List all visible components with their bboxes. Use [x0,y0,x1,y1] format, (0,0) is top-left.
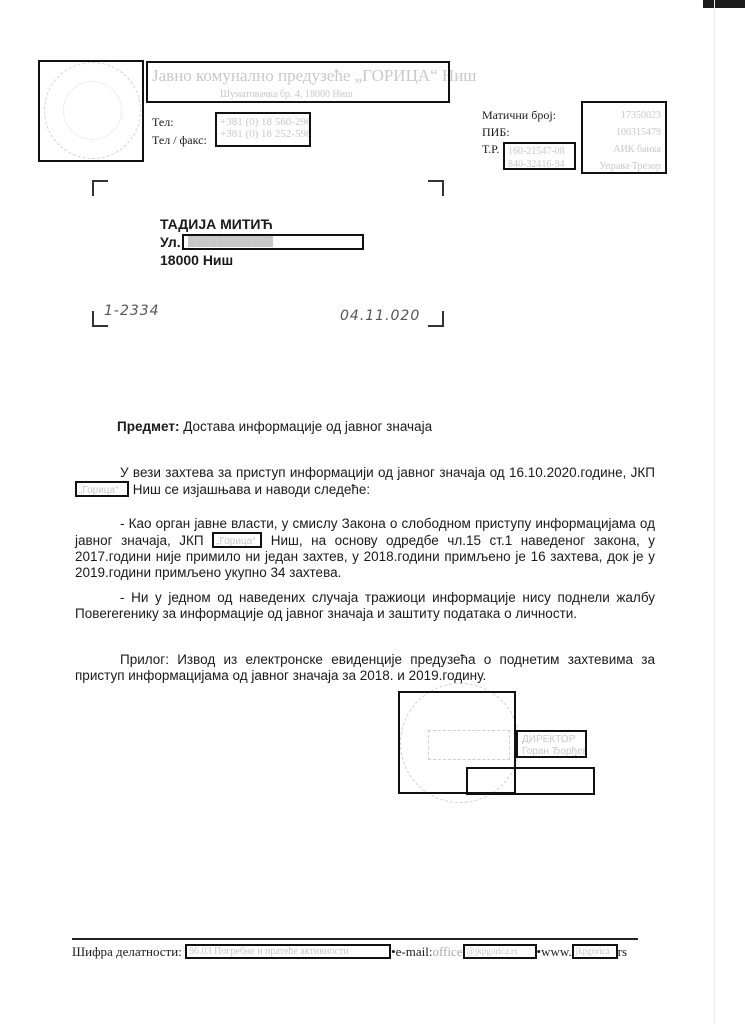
address-window-corner [428,180,444,196]
pib-value: 100315479 [587,124,661,141]
footer-divider [72,938,638,940]
street-label: Ул. [160,234,181,250]
signature-title: ДИРЕКТОР [522,734,581,746]
redaction-box-company [146,61,450,103]
signature-redaction: ДИРЕКТОР Горан Ђорђевић [516,730,587,758]
bank-value-2: Управа Трезор [587,158,661,174]
scan-line [714,0,715,1024]
street-value: ████████████ [188,236,273,247]
account-value-2: 840-32416-94 [508,158,571,170]
company-name-redaction: „Горица“ [75,481,129,497]
web-redaction: jkpgorica [572,944,618,959]
account-label: Т.Р. [482,142,499,157]
address-window-corner [428,311,444,327]
footer-line: Шифра делатности: 96.03 Погребне и прате… [72,944,627,960]
registry-redaction: 17350023 100315479 АИК банка Управа Трез… [581,101,667,174]
email-label: e-mail: [396,944,433,959]
p1-redacted-text: „Горица“ [79,485,118,496]
account-value-1: 160-21547-08 [508,145,571,158]
paragraph-complaints: - Ни у једном од наведених случаја тражи… [75,590,655,622]
email-prefix: office [432,944,462,959]
web-redacted: jkpgorica [576,946,610,956]
phone-label: Тел: [152,115,174,130]
subject-label: Предмет: [117,419,179,434]
p1-text-end: Ниш се изјашњава и наводи следеће: [133,482,370,497]
fax-label: Тел / факс: [152,133,207,148]
address-window-corner [92,180,108,196]
recipient-city: 18000 Ниш [160,251,273,269]
signature-name: Горан Ђорђевић [522,746,581,758]
p2-redacted-text: „Горица“ [216,536,255,547]
fax-value: +381 (0) 18 252-596 [220,128,306,140]
web-suffix: rs [618,944,627,959]
pib-label: ПИБ: [482,125,510,140]
subject-line: Предмет: Достава информације од јавног з… [117,419,432,435]
reference-date: 04.11.020 [340,308,420,324]
scan-edge-mark [703,0,745,8]
activity-redaction: 96.03 Погребне и пратеће активности [185,944,391,959]
registry-label: Матични број: [482,108,556,123]
phone-value: +381 (0) 18 560-296 [220,116,306,128]
stamp-inner-box [428,730,510,760]
subject-text: Достава информације од јавног значаја [183,419,432,434]
activity-value: 96.03 Погребне и пратеће активности [189,946,349,957]
registry-value: 17350023 [587,107,661,124]
redaction-box-seal [38,60,144,162]
paragraph-attachment: Прилог: Извод из електронске евиденције … [75,652,655,684]
email-redacted: @jkpgorica.rs [467,946,518,956]
p1-text-start: У вези захтева за приступ информацији од… [120,465,655,480]
signature-redaction-2 [466,767,595,795]
recipient-name: ТАДИЈА МИТИЋ [160,215,273,233]
paragraph-request: У вези захтева за приступ информацији од… [75,465,655,498]
account-redaction: 160-21547-08 840-32416-94 [503,142,576,170]
web-label: www. [541,944,572,959]
email-redaction: @jkpgorica.rs [463,944,537,959]
company-name-redaction: „Горица“ [212,532,262,548]
paragraph-statistics: - Као орган јавне власти, у смислу Закон… [75,516,655,581]
activity-label: Шифра делатности: [72,944,182,959]
street-redaction: ████████████ [182,234,364,250]
bank-value-1: АИК банка [587,141,661,158]
reference-number: 1-2334 [104,303,160,319]
phone-redaction: +381 (0) 18 560-296 +381 (0) 18 252-596 [215,112,311,147]
